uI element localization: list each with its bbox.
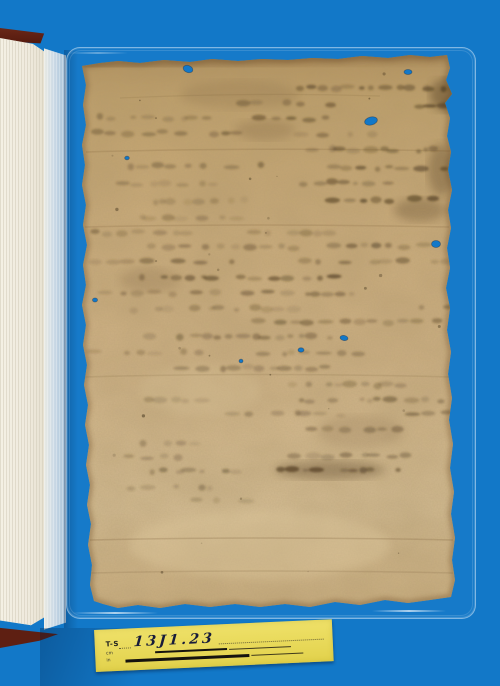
- label-prefix: T-S: [106, 640, 120, 650]
- manuscript-fragment: [0, 0, 500, 686]
- scene-root: T-S 13J1.23 cm in: [0, 0, 500, 686]
- label-classmark-handwritten: 13J1.23: [133, 633, 215, 649]
- scale-bar-in-thin: [251, 652, 303, 655]
- label-dotted-line-short: [119, 637, 131, 649]
- scale-unit-in: in: [106, 659, 115, 663]
- scale-bar-in: [125, 654, 249, 663]
- scale-bar-cm-thin: [229, 646, 291, 650]
- label-dotted-line-long: [219, 629, 324, 645]
- scale-unit-cm: cm: [106, 652, 115, 656]
